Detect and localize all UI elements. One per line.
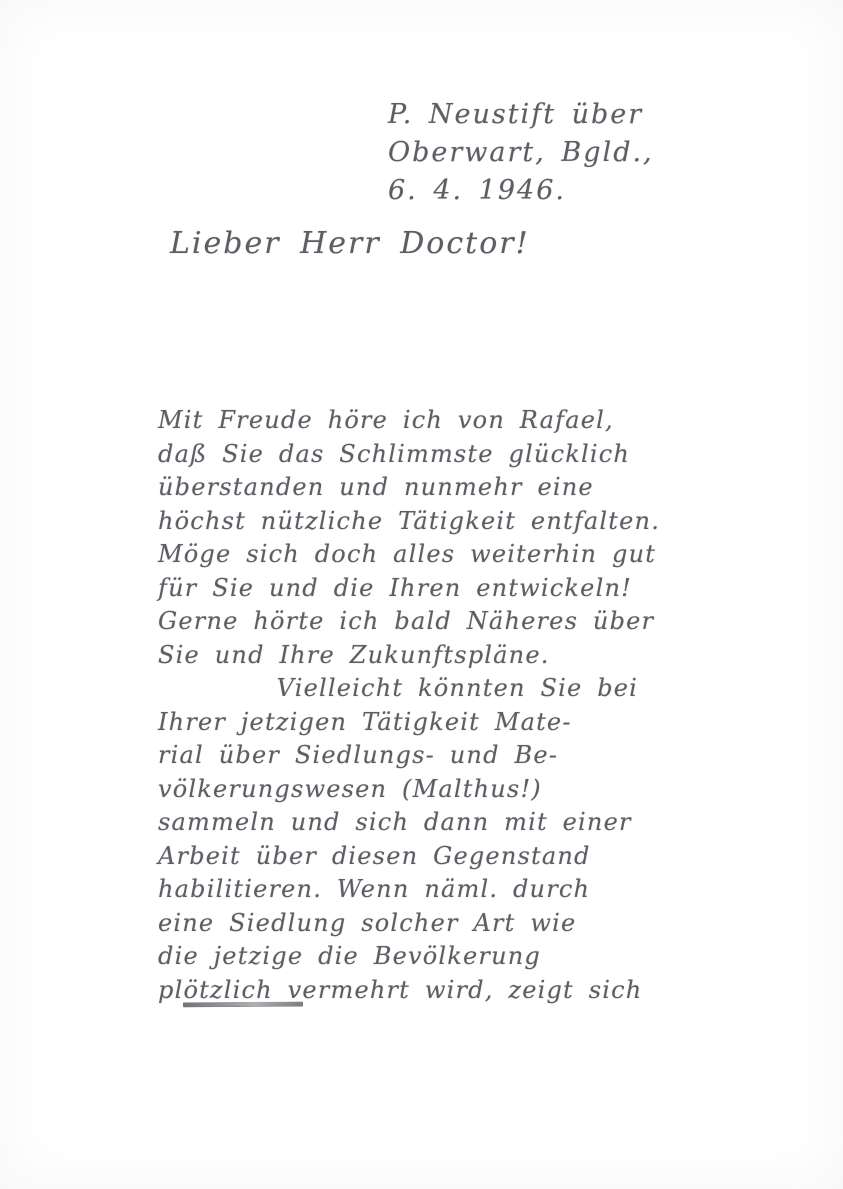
header-line: Oberwart, Bgld., — [388, 134, 654, 172]
body-line: Vielleicht könnten Sie bei — [158, 672, 698, 706]
header-line: P. Neustift über — [388, 96, 654, 134]
header-line: 6. 4. 1946. — [388, 172, 654, 210]
body-line: Sie und Ihre Zukunftspläne. — [158, 639, 698, 673]
body-line: Mit Freude höre ich von Rafael, — [158, 404, 698, 438]
body-line: Gerne hörte ich bald Näheres über — [158, 605, 698, 639]
body-line: sammeln und sich dann mit einer — [158, 806, 698, 840]
body-line: für Sie und die Ihren entwickeln! — [158, 572, 698, 606]
body-line: völkerungswesen (Malthus!) — [158, 773, 698, 807]
body-line: rial über Siedlungs- und Be- — [158, 739, 698, 773]
body-line: Möge sich doch alles weiterhin gut — [158, 538, 698, 572]
body-line: Arbeit über diesen Gegenstand — [158, 840, 698, 874]
body-line: habilitieren. Wenn näml. durch — [158, 873, 698, 907]
body-line: daß Sie das Schlimmste glücklich — [158, 438, 698, 472]
salutation: Lieber Herr Doctor! — [170, 226, 530, 261]
underline-mark — [183, 1002, 303, 1008]
letter-body: Mit Freude höre ich von Rafael,daß Sie d… — [158, 404, 698, 1007]
letter-page: P. Neustift überOberwart, Bgld.,6. 4. 19… — [0, 0, 843, 1189]
letter-header: P. Neustift überOberwart, Bgld.,6. 4. 19… — [388, 96, 654, 210]
body-line: Ihrer jetzigen Tätigkeit Mate- — [158, 706, 698, 740]
body-line: eine Siedlung solcher Art wie — [158, 907, 698, 941]
body-line: überstanden und nunmehr eine — [158, 471, 698, 505]
body-line: höchst nützliche Tätigkeit entfalten. — [158, 505, 698, 539]
body-line: die jetzige die Bevölkerung — [158, 940, 698, 974]
